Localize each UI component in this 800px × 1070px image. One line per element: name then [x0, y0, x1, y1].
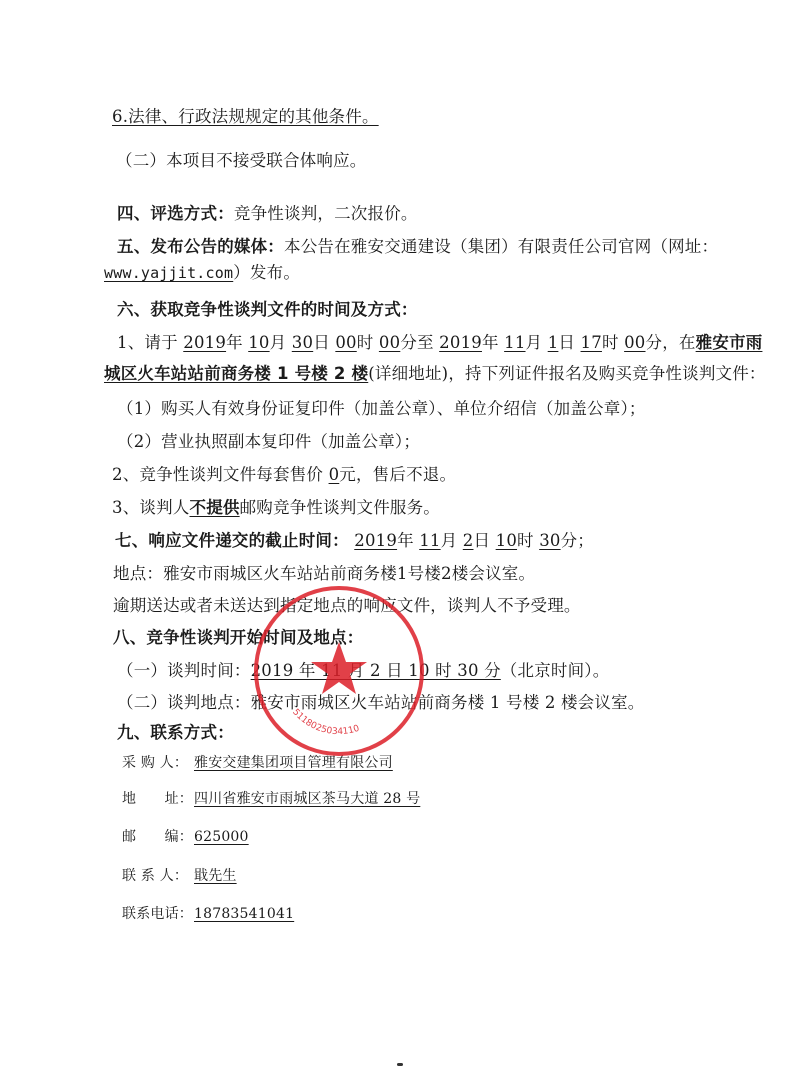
item-3-prefix: 3、谈判人 — [112, 498, 190, 517]
contact-row-postcode: 邮 编：625000 — [122, 826, 249, 848]
joint-venture-note: （二）本项目不接受联合体响应。 — [116, 150, 367, 172]
section-6-item-2: 2、竞争性谈判文件每套售价 0元，售后不退。 — [112, 464, 456, 486]
contact-value: 四川省雅安市雨城区茶马大道 28 号 — [194, 791, 420, 807]
late-submission-note: 逾期送达或者未送达到指定地点的响应文件，谈判人不予受理。 — [113, 595, 581, 617]
contact-label: 地 址： — [122, 788, 194, 810]
end-month: 11 — [504, 333, 525, 352]
item-3-suffix: 邮购竞争性谈判文件服务。 — [240, 498, 440, 517]
section-5-tail: ）发布。 — [233, 263, 300, 282]
item-2-suffix: 元，售后不退。 — [339, 465, 456, 484]
contact-value: 戢先生 — [194, 868, 237, 884]
contact-value: 625000 — [194, 829, 249, 845]
deadline-month: 11 — [419, 531, 440, 550]
submission-location: 地点：雅安市雨城区火车站站前商务楼1号楼2楼会议室。 — [113, 563, 535, 585]
section-8-heading: 八、竞争性谈判开始时间及地点： — [113, 627, 364, 649]
item-1-prefix: 1、请于 — [117, 333, 178, 352]
negotiation-place-value: 雅安市雨城区火车站站前商务楼 1 号楼 2 楼会议室。 — [251, 693, 645, 712]
condition-item-6: 6.法律、行政法规规定的其他条件。 — [112, 106, 379, 128]
negotiation-time-note: （北京时间）。 — [501, 661, 610, 680]
end-minute: 00 — [624, 333, 645, 352]
section-6-item-1-cont: 城区火车站站前商务楼 1 号楼 2 楼(详细地址)，持下列证件报名及购买竞争性谈… — [104, 363, 766, 385]
section-5-heading: 五、发布公告的媒体： — [117, 237, 284, 256]
location-part-a: 雅安市雨 — [696, 333, 763, 352]
contact-row-phone: 联系电话：18783541041 — [122, 903, 294, 925]
section-6-item-1: 1、请于 2019年 10月 30日 00时 00分至 2019年 11月 1日… — [117, 332, 762, 354]
start-minute: 00 — [379, 333, 400, 352]
required-doc-1: （1）购买人有效身份证复印件（加盖公章）、单位介绍信（加盖公章）； — [117, 398, 646, 420]
end-year: 2019 — [439, 333, 482, 352]
end-hour: 17 — [581, 333, 602, 352]
page-mark — [397, 1063, 403, 1066]
item-3-emphasis: 不提供 — [190, 498, 240, 517]
contact-row-address: 地 址：四川省雅安市雨城区茶马大道 28 号 — [122, 788, 420, 810]
contact-value: 18783541041 — [194, 906, 294, 922]
contact-row-person: 联 系 人：戢先生 — [122, 865, 237, 887]
required-doc-2: （2）营业执照副本复印件（加盖公章）； — [117, 431, 420, 453]
deadline-year: 2019 — [354, 531, 397, 550]
section-4: 四、评选方式：竞争性谈判，二次报价。 — [117, 203, 418, 225]
section-6-item-3: 3、谈判人不提供邮购竞争性谈判文件服务。 — [112, 497, 440, 519]
item-2-prefix: 2、竞争性谈判文件每套售价 — [112, 465, 323, 484]
negotiation-time-label: （一）谈判时间： — [117, 661, 251, 680]
section-5: 五、发布公告的媒体：本公告在雅安交通建设（集团）有限责任公司官网（网址： — [117, 236, 718, 258]
section-7: 七、响应文件递交的截止时间： 2019年 11月 2日 10时 30分； — [115, 530, 594, 552]
section-5-url-line: www.yajjit.com）发布。 — [104, 262, 300, 284]
section-4-text: 竞争性谈判，二次报价。 — [234, 204, 418, 223]
document-price: 0 — [329, 465, 340, 484]
section-4-heading: 四、评选方式： — [117, 204, 234, 223]
start-month: 10 — [248, 333, 269, 352]
contact-label: 联系电话： — [122, 903, 194, 925]
negotiation-time: （一）谈判时间：2019 年 11 月 2 日 10 时 30 分（北京时间）。 — [117, 660, 609, 682]
website-url-link[interactable]: www.yajjit.com — [104, 264, 233, 282]
section-7-heading: 七、响应文件递交的截止时间： — [115, 531, 349, 550]
start-year: 2019 — [183, 333, 226, 352]
negotiation-place: （二）谈判地点：雅安市雨城区火车站站前商务楼 1 号楼 2 楼会议室。 — [117, 692, 644, 714]
deadline-hour: 10 — [496, 531, 517, 550]
deadline-minute: 30 — [539, 531, 560, 550]
detail-note: (详细地址)，持下列证件报名及购买竞争性谈判文件： — [368, 364, 765, 383]
start-day: 30 — [292, 333, 313, 352]
location-part-b: 城区火车站站前商务楼 1 号楼 2 楼 — [104, 364, 368, 383]
section-9-heading: 九、联系方式： — [117, 722, 234, 744]
negotiation-time-value: 2019 年 11 月 2 日 10 时 30 分 — [251, 661, 501, 680]
contact-value: 雅安交建集团项目管理有限公司 — [194, 755, 393, 771]
contact-label: 邮 编： — [122, 826, 194, 848]
start-hour: 00 — [335, 333, 356, 352]
contact-row-purchaser: 采 购 人：雅安交建集团项目管理有限公司 — [122, 752, 393, 774]
contact-label: 采 购 人： — [122, 752, 194, 774]
section-6-heading: 六、获取竞争性谈判文件的时间及方式： — [117, 299, 418, 321]
negotiation-place-label: （二）谈判地点： — [117, 693, 251, 712]
end-day: 1 — [548, 333, 559, 352]
contact-label: 联 系 人： — [122, 865, 194, 887]
section-5-text: 本公告在雅安交通建设（集团）有限责任公司官网（网址： — [284, 237, 718, 256]
deadline-day: 2 — [463, 531, 474, 550]
